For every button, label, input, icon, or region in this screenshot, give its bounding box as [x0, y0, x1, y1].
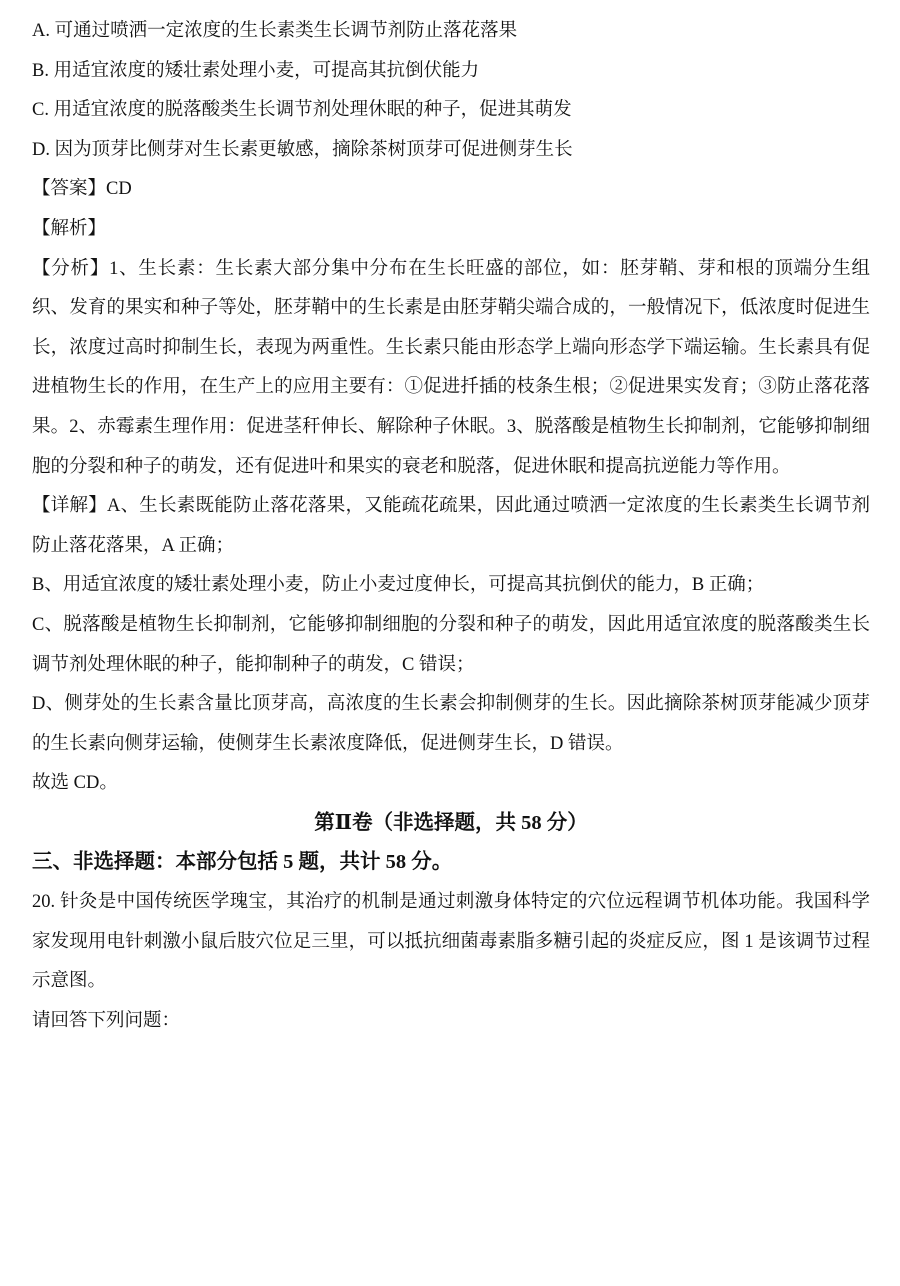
option-d: D. 因为顶芽比侧芽对生长素更敏感，摘除茶树顶芽可促进侧芽生长	[32, 131, 870, 171]
analysis-paragraph: 【分析】1、生长素：生长素大部分集中分布在生长旺盛的部位，如：胚芽鞘、芽和根的顶…	[32, 250, 870, 488]
detail-a-paragraph: 【详解】A、生长素既能防止落花落果，又能疏花疏果，因此通过喷洒一定浓度的生长素类…	[32, 487, 870, 566]
part-three-heading: 三、非选择题：本部分包括 5 题，共计 58 分。	[32, 843, 870, 883]
document-page: A. 可通过喷洒一定浓度的生长素类生长调节剂防止落花落果 B. 用适宜浓度的矮壮…	[0, 0, 900, 1286]
option-a: A. 可通过喷洒一定浓度的生长素类生长调节剂防止落花落果	[32, 12, 870, 52]
conclusion-line: 故选 CD。	[32, 764, 870, 804]
section-ii-heading: 第Ⅱ卷（非选择题，共 58 分）	[32, 804, 870, 844]
answer-line: 【答案】CD	[32, 170, 870, 210]
question-20-prompt: 请回答下列问题：	[32, 1002, 870, 1042]
option-b: B. 用适宜浓度的矮壮素处理小麦，可提高其抗倒伏能力	[32, 52, 870, 92]
option-c: C. 用适宜浓度的脱落酸类生长调节剂处理休眠的种子，促进其萌发	[32, 91, 870, 131]
question-20-intro: 20. 针灸是中国传统医学瑰宝，其治疗的机制是通过刺激身体特定的穴位远程调节机体…	[32, 883, 870, 1002]
detail-c-paragraph: C、脱落酸是植物生长抑制剂，它能够抑制细胞的分裂和种子的萌发，因此用适宜浓度的脱…	[32, 606, 870, 685]
detail-d-paragraph: D、侧芽处的生长素含量比顶芽高，高浓度的生长素会抑制侧芽的生长。因此摘除茶树顶芽…	[32, 685, 870, 764]
detail-b-paragraph: B、用适宜浓度的矮壮素处理小麦，防止小麦过度伸长，可提高其抗倒伏的能力，B 正确…	[32, 566, 870, 606]
explanation-label: 【解析】	[32, 210, 870, 250]
